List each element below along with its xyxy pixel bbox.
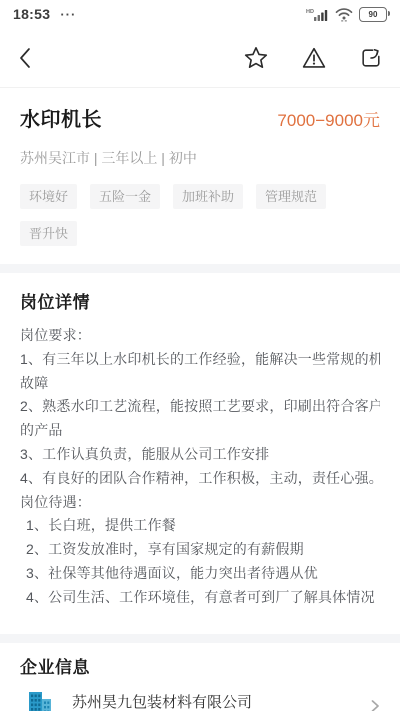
company-section: 企业信息 苏州昊九包装材料有限公 bbox=[0, 643, 400, 711]
job-tag: 环境好 bbox=[20, 184, 77, 209]
battery-icon: 90 bbox=[359, 7, 387, 22]
job-detail-section: 岗位详情 岗位要求： 1、有三年以上水印机长的工作经验，能解决一些常规的机器小 … bbox=[0, 273, 400, 634]
detail-line: 岗位待遇： bbox=[20, 491, 380, 515]
svg-text:HD: HD bbox=[306, 9, 314, 15]
job-salary: 7000−9000元 bbox=[277, 106, 380, 131]
nav-bar bbox=[0, 28, 400, 88]
status-bar: 18:53 ··· HD 90 bbox=[0, 0, 400, 28]
section-divider bbox=[0, 264, 400, 273]
job-header: 水印机长 7000−9000元 苏州吴江市 | 三年以上 | 初中 环境好 五险… bbox=[0, 88, 400, 264]
detail-line: 的产品 bbox=[20, 419, 380, 443]
wifi-icon bbox=[335, 7, 353, 22]
job-detail-body: 岗位要求： 1、有三年以上水印机长的工作经验，能解决一些常规的机器小 故障 2、… bbox=[20, 324, 380, 610]
chevron-right-icon bbox=[370, 691, 380, 711]
favorite-star-button[interactable] bbox=[243, 45, 269, 71]
job-title: 水印机长 bbox=[20, 103, 102, 132]
detail-line: 2、熟悉水印工艺流程，能按照工艺要求，印刷出符合客户要求 bbox=[20, 395, 380, 419]
section-divider bbox=[0, 634, 400, 643]
job-tag: 加班补助 bbox=[173, 184, 243, 209]
detail-line: 3、工作认真负责，能服从公司工作安排 bbox=[20, 443, 380, 467]
company-name[interactable]: 苏州昊九包装材料有限公司 bbox=[72, 691, 252, 711]
back-button[interactable] bbox=[14, 45, 38, 71]
job-tag: 晋升快 bbox=[20, 221, 77, 246]
job-tag-list: 环境好 五险一金 加班补助 管理规范 晋升快 bbox=[20, 184, 380, 246]
detail-line: 1、有三年以上水印机长的工作经验，能解决一些常规的机器小 bbox=[20, 348, 380, 372]
detail-line: 3、社保等其他待遇面议，能力突出者待遇从优 bbox=[20, 562, 380, 586]
battery-percent: 90 bbox=[369, 10, 378, 19]
job-meta: 苏州吴江市 | 三年以上 | 初中 bbox=[20, 148, 380, 168]
company-row[interactable]: 苏州昊九包装材料有限公司 bbox=[20, 691, 380, 711]
company-heading: 企业信息 bbox=[20, 657, 380, 679]
detail-line: 故障 bbox=[20, 372, 380, 396]
job-detail-heading: 岗位详情 bbox=[20, 292, 380, 314]
detail-line: 1、长白班，提供工作餐 bbox=[20, 514, 380, 538]
report-warning-button[interactable] bbox=[301, 45, 327, 71]
detail-line: 4、有良好的团队合作精神，工作积极，主动，责任心强。 bbox=[20, 467, 380, 491]
clock: 18:53 bbox=[13, 6, 50, 22]
detail-line: 2、工资发放准时，享有国家规定的有薪假期 bbox=[20, 538, 380, 562]
share-button[interactable] bbox=[359, 45, 384, 70]
notification-dots: ··· bbox=[60, 7, 76, 22]
company-building-icon bbox=[26, 691, 54, 711]
detail-line: 岗位要求： bbox=[20, 324, 380, 348]
detail-line: 4、公司生活、工作环境佳，有意者可到厂了解具体情况 bbox=[20, 586, 380, 610]
job-tag: 五险一金 bbox=[90, 184, 160, 209]
cellular-signal-icon: HD bbox=[306, 7, 329, 22]
job-tag: 管理规范 bbox=[256, 184, 326, 209]
